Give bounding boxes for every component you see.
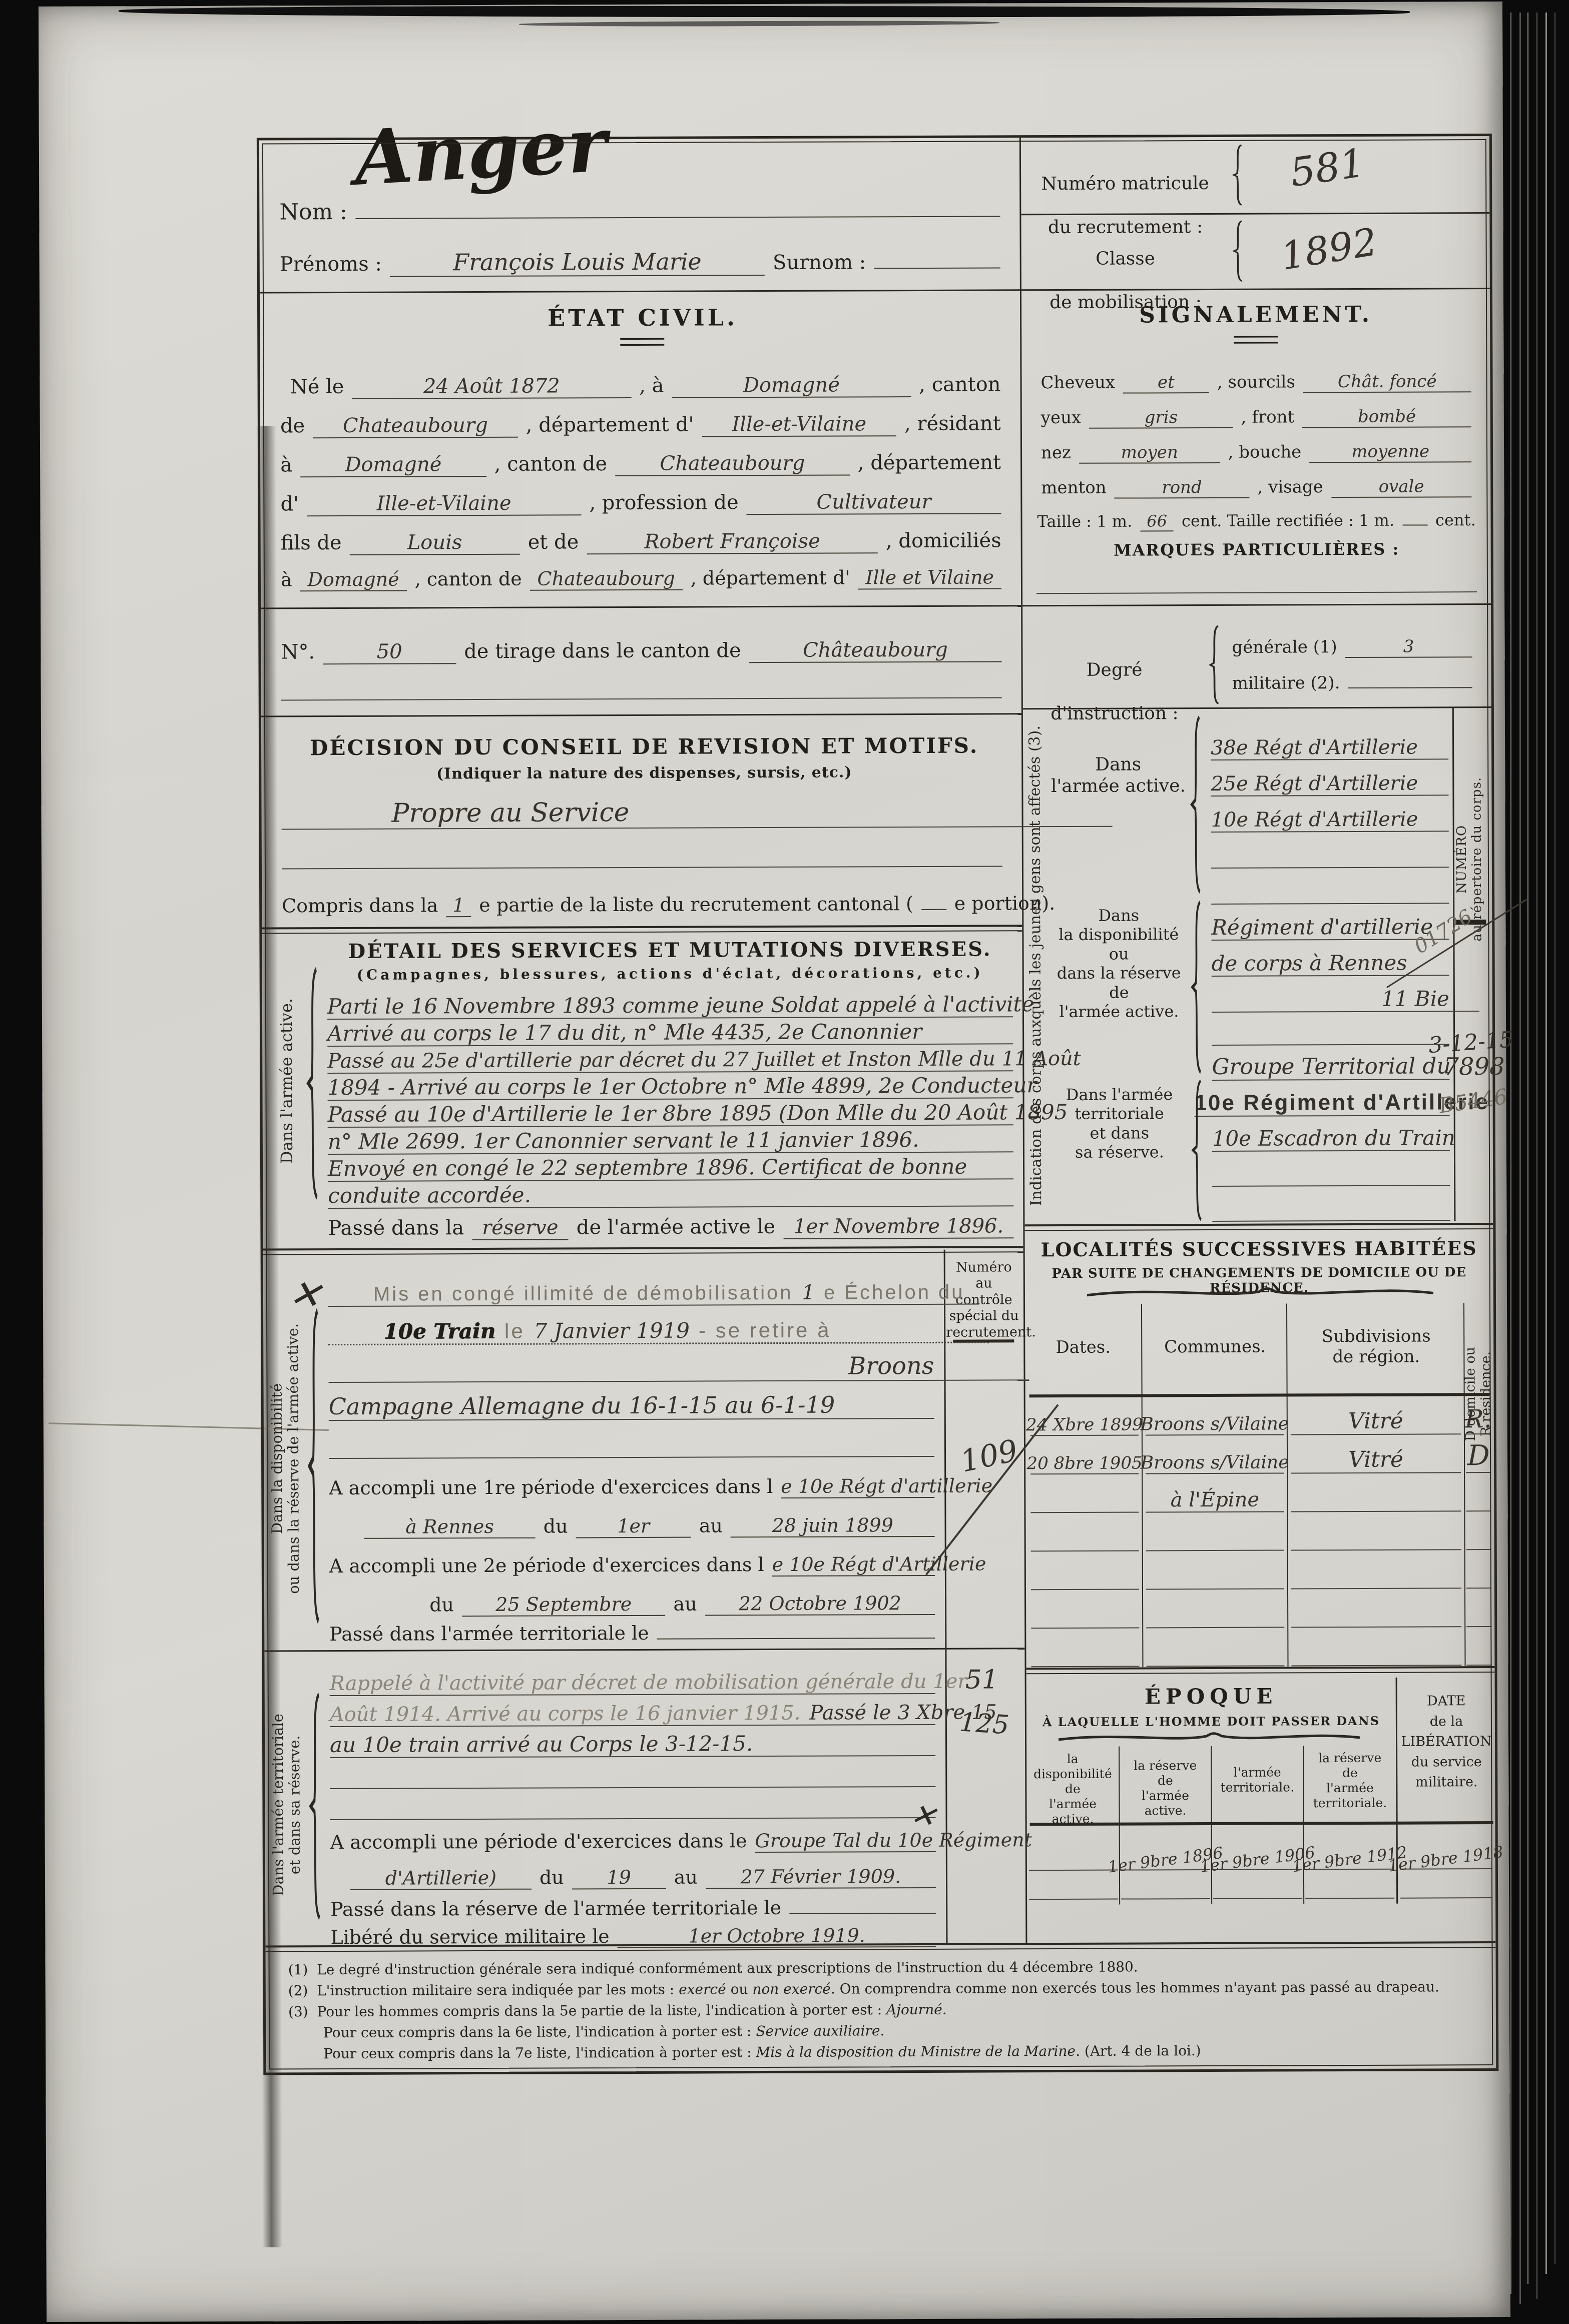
printed-text: . bbox=[942, 1999, 947, 2020]
printed-text: au bbox=[699, 1514, 723, 1536]
handwritten-entry: 10e Régt d'Artillerie bbox=[1211, 808, 1418, 832]
surname-value-large: Anger bbox=[352, 101, 609, 203]
firstnames-field: Prénoms : François Louis Marie Surnom : bbox=[280, 247, 1000, 277]
paper-sheet: 3-12-15 Nom : Anger Prénoms : François L… bbox=[39, 2, 1510, 2322]
scan-smear bbox=[519, 20, 999, 27]
etat-civil-line5: fils deLouiset deRobert Françoise, domic… bbox=[281, 529, 1001, 555]
classe-label-line1: Classe bbox=[1096, 249, 1155, 269]
table-cell-empty bbox=[1291, 1550, 1461, 1589]
corps-vertical-caption: Indication des corps auxquels les jeunes… bbox=[1026, 720, 1049, 1211]
column-header-dates: Dates. bbox=[1025, 1337, 1141, 1358]
subdivision-value: Vitré bbox=[1348, 1447, 1403, 1472]
empty-rule bbox=[281, 667, 1002, 700]
service-line-4: 1894 - Arrivé au corps le 1er Octobre n°… bbox=[327, 1070, 1013, 1101]
printed-text: A accompli une 1re période d'exercices d… bbox=[329, 1475, 773, 1499]
title-rule bbox=[620, 338, 664, 346]
sidebar-label-disponibilite: Dans la disponibilité ou dans la réserve… bbox=[268, 1288, 304, 1629]
controle-number-1: 109 bbox=[957, 1433, 1021, 1479]
handwritten-text: Passé le 3 Xbre 15 bbox=[809, 1701, 996, 1724]
printed-text: , front bbox=[1241, 407, 1295, 427]
printed-text: du bbox=[540, 1866, 564, 1888]
printed-text: nez bbox=[1041, 443, 1071, 463]
printed-text: , département d' bbox=[691, 566, 850, 589]
sidebar-label-territoriale: Dans l'armée territoriale et dans sa rés… bbox=[270, 1687, 306, 1922]
handwritten-text: Chateaubourg bbox=[313, 414, 518, 438]
printed-text: N°. bbox=[281, 640, 315, 663]
handwritten-text: gris bbox=[1089, 407, 1233, 429]
passe-reserve-line: Passé dans laréservede l'armée active le… bbox=[328, 1214, 1013, 1241]
printed-text: cent. Taille rectifiée : 1 m. bbox=[1182, 511, 1394, 530]
epoque-subtitle: À LAQUELLE L'HOMME DOIT PASSER DANS bbox=[1026, 1714, 1396, 1730]
periode2-line-b: du25 Septembreau22 Octobre 1902 bbox=[429, 1592, 935, 1617]
handwritten-text: à Rennes bbox=[364, 1515, 535, 1539]
table-cell-empty bbox=[1291, 1627, 1461, 1666]
name-label: Nom : bbox=[279, 199, 347, 225]
table-cell: Broons s/Vilaine bbox=[1146, 1435, 1284, 1474]
column-header-communes: Communes. bbox=[1144, 1336, 1286, 1357]
name-rule bbox=[355, 216, 1000, 219]
handwritten-text: Châteaubourg bbox=[749, 638, 1001, 663]
epoque-value-cell bbox=[1029, 1828, 1118, 1871]
table-cell-empty bbox=[1146, 1512, 1284, 1551]
subdivisions-column: Vitré Vitré bbox=[1291, 1396, 1462, 1666]
dates-column: 24 Xbre 1899 20 8bre 1905 bbox=[1030, 1397, 1140, 1667]
empty-rule bbox=[1036, 571, 1477, 594]
printed-text: fils de bbox=[281, 531, 342, 554]
etat-civil-line2: deChateaubourg, département d'Ille-et-Vi… bbox=[280, 412, 1001, 438]
epoque-col3-header: l'armée territoriale. bbox=[1212, 1765, 1303, 1795]
blank-rule bbox=[789, 1913, 936, 1914]
printed-text: , canton de bbox=[494, 452, 608, 476]
table-cell: 24 Xbre 1899 bbox=[1030, 1397, 1139, 1436]
corps-line: Groupe Territorial du bbox=[1212, 1044, 1449, 1081]
subdivision-value: Vitré bbox=[1348, 1408, 1403, 1434]
etat-civil-line1: Né le24 Août 1872, àDomagné, canton bbox=[290, 373, 1001, 399]
epoque-value-cell: 1er 9bre 1918 bbox=[1400, 1826, 1491, 1870]
conge-stamp-line: Mis en congé illimité de démobilisation1… bbox=[328, 1267, 979, 1307]
table-cell-empty bbox=[1146, 1589, 1284, 1628]
section-divider bbox=[261, 605, 1021, 609]
printed-text: , résidant bbox=[904, 412, 1001, 435]
rappel-line-2: Août 1914. Arrivé au corps le 16 janvier… bbox=[330, 1693, 935, 1727]
brace-decoration bbox=[1230, 144, 1243, 206]
conseil-title: DÉCISION DU CONSEIL DE REVISION ET MOTIF… bbox=[276, 733, 1012, 760]
epoque-table: ÉPOQUE À LAQUELLE L'HOMME DOIT PASSER DA… bbox=[1026, 1671, 1496, 1909]
handwritten-text: 50 bbox=[323, 640, 456, 664]
page-stack-edge bbox=[1510, 13, 1511, 2294]
page-stack-edge bbox=[1554, 13, 1555, 2264]
printed-text: Pour ceux compris dans la 7e liste, l'in… bbox=[323, 2042, 756, 2064]
periode2-line-a: A accompli une 2e période d'exercices da… bbox=[329, 1553, 935, 1578]
printed-text: non exercé bbox=[752, 1979, 831, 2000]
handwritten-entry: Parti le 16 Novembre 1893 comme jeune So… bbox=[327, 992, 1034, 1019]
handwritten-entry: 1894 - Arrivé au corps le 1er Octobre n°… bbox=[327, 1073, 1036, 1100]
table-cell-empty bbox=[1030, 1512, 1139, 1552]
printed-text: , à bbox=[639, 374, 664, 397]
corps-line: 10e Régt d'Artillerie bbox=[1211, 795, 1448, 833]
corps-line: 38e Régt d'Artillerie bbox=[1211, 721, 1448, 760]
table-cell bbox=[1030, 1474, 1139, 1513]
page-stack-edge bbox=[1519, 13, 1521, 2304]
handwritten-text: 7 Janvier 1919 bbox=[534, 1318, 690, 1343]
handwritten-text: rond bbox=[1115, 477, 1250, 499]
handwritten-text: 1er bbox=[576, 1515, 691, 1538]
corps-line: 10e Escadron du Train bbox=[1212, 1115, 1450, 1152]
classe-value: 1892 bbox=[1278, 219, 1380, 279]
printed-text: Né le bbox=[290, 375, 344, 398]
footnote-2: (2) L'instruction militaire sera indiqué… bbox=[288, 1976, 1479, 2001]
table-cell-empty bbox=[1146, 1628, 1284, 1667]
handwritten-text: 27 Février 1909. bbox=[706, 1865, 936, 1889]
table-cell-empty bbox=[1291, 1511, 1461, 1551]
date-value: 24 Xbre 1899 bbox=[1026, 1414, 1143, 1435]
corps-line: 25e Régt d'Artillerie bbox=[1211, 758, 1448, 797]
empty-rule bbox=[330, 1755, 935, 1789]
etat-civil-line6: àDomagné, canton deChateaubourg, départe… bbox=[281, 566, 1001, 591]
commune-value: Broons s/Vilaine bbox=[1141, 1452, 1289, 1473]
section-divider bbox=[261, 713, 1021, 717]
epoque-col2-header: la réserve de l'armée active. bbox=[1120, 1758, 1211, 1819]
table-cell-empty bbox=[1031, 1628, 1139, 1667]
empty-rule bbox=[1211, 831, 1449, 869]
handwritten-text: Août 1914. Arrivé au corps le 16 janvier… bbox=[330, 1702, 801, 1726]
printed-text: (3) Pour les hommes compris dans la 5e p… bbox=[288, 1999, 886, 2022]
footnote-5: Pour ceux compris dans la 7e liste, l'in… bbox=[288, 2039, 1479, 2064]
printed-text: , sourcils bbox=[1217, 372, 1295, 392]
table-cell-empty bbox=[1466, 1473, 1491, 1511]
table-column-divider bbox=[1141, 1304, 1144, 1667]
handwritten-text: Chateaubourg bbox=[615, 451, 850, 476]
printed-text: au bbox=[674, 1866, 698, 1888]
handwritten-text: 28 juin 1899 bbox=[731, 1514, 935, 1537]
firstnames-label: Prénoms : bbox=[280, 253, 382, 276]
handwritten-text: e 10e Régt d'artillerie bbox=[781, 1475, 934, 1498]
passe-territoriale-line: Passé dans l'armée territoriale le bbox=[329, 1621, 935, 1645]
printed-text: d' bbox=[280, 492, 299, 515]
rappel-line-3: au 10e train arrivé au Corps le 3-12-15. bbox=[330, 1724, 935, 1758]
service-line-8: conduite accordée. bbox=[328, 1178, 1013, 1209]
table-cell-empty bbox=[1031, 1590, 1139, 1629]
handwritten-entry: 38e Régt d'Artillerie bbox=[1211, 736, 1418, 759]
handwritten-entry: 25e Régt d'Artillerie bbox=[1211, 772, 1418, 796]
handwritten-text: Louis bbox=[350, 531, 520, 555]
tirage-line: N°.50de tirage dans le canton deChâteaub… bbox=[281, 638, 1001, 664]
brace-decoration bbox=[1230, 220, 1243, 282]
handwritten-text: d'Artillerie) bbox=[350, 1867, 532, 1890]
printed-text: A accompli une 2e période d'exercices da… bbox=[329, 1554, 764, 1577]
page-stack-edge bbox=[1545, 13, 1547, 2274]
handwritten-text: 22 Octobre 1902 bbox=[705, 1592, 935, 1616]
date-value: 20 8bre 1905 bbox=[1026, 1453, 1142, 1473]
column-header-subdivisions: Subdivisions de région. bbox=[1289, 1326, 1463, 1367]
printed-text: de bbox=[280, 414, 305, 437]
degre-label-line1: Degré bbox=[1087, 660, 1143, 680]
swash-ornament bbox=[1057, 1730, 1362, 1744]
section-divider bbox=[264, 1648, 1024, 1652]
brace-decoration bbox=[305, 1306, 320, 1626]
stamped-text: le bbox=[504, 1319, 525, 1343]
printed-text: militaire (2). bbox=[1232, 673, 1340, 693]
handwritten-text: Domagné bbox=[672, 373, 911, 398]
printed-text: Compris dans la bbox=[282, 894, 438, 917]
epoque-col4-header: la réserve de l'armée territoriale. bbox=[1304, 1751, 1396, 1811]
printed-text: Passé dans la réserve de l'armée territo… bbox=[330, 1897, 781, 1920]
commune-value: Broons s/Vilaine bbox=[1140, 1413, 1289, 1434]
dr-value: R. bbox=[1465, 1404, 1492, 1433]
printed-text: , département d' bbox=[526, 413, 694, 437]
scan-smear bbox=[119, 6, 1410, 18]
handwritten-entry: Groupe Territorial du bbox=[1212, 1053, 1451, 1080]
table-cell: Vitré bbox=[1291, 1396, 1461, 1435]
service-line-1: Parti le 16 Novembre 1893 comme jeune So… bbox=[327, 966, 1013, 1020]
epoque-empty-row bbox=[1029, 1868, 1493, 1900]
table-cell: R. bbox=[1466, 1396, 1491, 1434]
printed-text: exercé bbox=[679, 1979, 726, 2000]
blank-rule bbox=[921, 909, 946, 910]
blank-rule bbox=[657, 1638, 935, 1640]
handwritten-text: Robert Françoise bbox=[587, 529, 878, 554]
nickname-rule bbox=[874, 267, 1000, 269]
conseil-subtitle: (Indiquer la nature des dispenses, sursi… bbox=[276, 763, 1012, 783]
empty-rule bbox=[1212, 1185, 1450, 1222]
passe-reserve-terr-line: Passé dans la réserve de l'armée territo… bbox=[330, 1896, 936, 1920]
table-cell: Vitré bbox=[1291, 1434, 1461, 1473]
epoque-col1-header: la disponibilité de l'armée active. bbox=[1026, 1752, 1119, 1827]
printed-text: et de bbox=[528, 530, 579, 553]
handwritten-text: Domagné bbox=[300, 453, 486, 477]
handwritten-entry: Envoyé en congé le 22 septembre 1896. Ce… bbox=[328, 1154, 967, 1181]
header-divider bbox=[260, 288, 1490, 294]
handwritten-text: 10e Train bbox=[383, 1319, 495, 1344]
table-cell: Broons s/Vilaine bbox=[1146, 1396, 1284, 1435]
handwritten-text: Chateaubourg bbox=[530, 567, 683, 591]
handwritten-entry: conduite accordée. bbox=[328, 1183, 531, 1208]
handwritten-entry: Passé au 25e d'artillerie par décret du … bbox=[327, 1047, 1081, 1073]
degre-militaire-line: militaire (2). bbox=[1232, 672, 1472, 693]
printed-text: , profession de bbox=[589, 491, 739, 514]
empty-rule bbox=[1211, 867, 1449, 905]
classe-label: Classe de mobilisation : bbox=[1035, 226, 1216, 313]
handwritten-text: 1er Novembre 1896. bbox=[783, 1214, 1013, 1239]
group-label-armee-active: Dans l'armée active. bbox=[1051, 753, 1186, 797]
signalement-line1: Cheveuxet, sourcilsChât. foncé bbox=[1040, 371, 1471, 394]
commune-value: à l'Épine bbox=[1171, 1488, 1260, 1512]
handwritten-text: réserve bbox=[472, 1216, 569, 1240]
handwritten-text: bombé bbox=[1302, 406, 1471, 428]
sidebar-label-armee-active: Dans l'armée active. bbox=[277, 961, 298, 1201]
handwritten-text: Domagné bbox=[300, 568, 407, 592]
detail-title: DÉTAIL DES SERVICES ET MUTATIONS DIVERSE… bbox=[327, 937, 1012, 963]
service-line-7: Envoyé en congé le 22 septembre 1896. Ce… bbox=[328, 1151, 1013, 1182]
table-cell-empty bbox=[1466, 1589, 1491, 1627]
numero-vertical-caption: NUMÉRO au répertoire du corps. bbox=[1454, 721, 1488, 997]
printed-text: Cheveux bbox=[1040, 373, 1115, 393]
printed-text: (2) L'instruction militaire sera indiqué… bbox=[288, 1979, 679, 2002]
signalement-line3: nezmoyen, bouchemoyenne bbox=[1041, 441, 1471, 464]
table-cell-empty bbox=[1031, 1551, 1139, 1590]
printed-text: , bouche bbox=[1228, 442, 1302, 462]
handwritten-text: Ille-et-Vilaine bbox=[702, 412, 896, 437]
signalement-title: SIGNALEMENT. bbox=[1021, 301, 1490, 328]
signalement-taille-line: Taille : 1 m.66cent. Taille rectifiée : … bbox=[1037, 510, 1475, 532]
printed-text: de tirage dans le canton de bbox=[464, 639, 741, 663]
matricule-label: Numéro matricule du recrutement : bbox=[1035, 151, 1216, 238]
brace-decoration bbox=[1207, 625, 1220, 705]
conge-unit-line: 10e Trainle7 Janvier 1919- se retire à bbox=[328, 1304, 989, 1346]
table-cell: 20 8bre 1905 bbox=[1030, 1435, 1139, 1474]
printed-text: , canton bbox=[919, 373, 1001, 396]
name-field: Nom : bbox=[279, 197, 1000, 225]
printed-text: e partie de la liste du recrutement cant… bbox=[479, 893, 913, 916]
handwritten-text: Groupe Tal du 10e Régiment bbox=[755, 1829, 936, 1853]
handwritten-entry: Passé au 10e d'Artillerie le 1er 8bre 18… bbox=[328, 1100, 1068, 1127]
handwritten-text: au 10e train arrivé au Corps le 3-12-15. bbox=[330, 1731, 753, 1757]
blank-rule bbox=[1348, 687, 1472, 688]
etat-civil-title: ÉTAT CIVIL. bbox=[275, 303, 1010, 332]
footnotes: (1) Le degré d'instruction générale sera… bbox=[288, 1955, 1480, 2064]
repertoire-number: 7898 bbox=[1443, 1053, 1504, 1081]
printed-text: à bbox=[281, 568, 292, 590]
handwritten-text: moyenne bbox=[1309, 441, 1471, 463]
handwritten-text: 1 bbox=[802, 1281, 815, 1304]
epoque-value-cell: 1er 9bre 1912 bbox=[1305, 1827, 1394, 1870]
handwritten-text: Rappelé à l'activité par décret de mobil… bbox=[330, 1670, 967, 1695]
dr-value: D bbox=[1467, 1439, 1489, 1472]
table-cell-empty bbox=[1146, 1551, 1284, 1590]
handwritten-text: 24 Août 1872 bbox=[352, 374, 631, 399]
handwritten-text: ovale bbox=[1331, 476, 1472, 498]
swash-ornament bbox=[1085, 1284, 1435, 1300]
printed-text: , département bbox=[858, 451, 1001, 474]
periode-terr-line-a: A accompli une période d'exercices dans … bbox=[330, 1829, 936, 1854]
handwritten-text: 25 Septembre bbox=[462, 1593, 666, 1617]
printed-text: A accompli une période d'exercices dans … bbox=[330, 1830, 747, 1853]
handwritten-text: moyen bbox=[1079, 442, 1220, 464]
service-line-2: Arrivé au corps le 17 du dit, n° Mle 443… bbox=[327, 1016, 1013, 1047]
handwritten-text: 3 bbox=[1345, 636, 1472, 658]
printed-text: Mis à la disposition du Ministre de la M… bbox=[756, 2041, 1076, 2063]
group-label-territoriale: Dans l'armée territoriale et dans sa rés… bbox=[1052, 1085, 1187, 1162]
handwritten-text: Cultivateur bbox=[747, 490, 1001, 515]
periode1-line-a: A accompli une 1re période d'exercices d… bbox=[329, 1475, 934, 1500]
handwritten-text: et bbox=[1123, 372, 1209, 394]
empty-rule bbox=[1212, 1150, 1450, 1187]
empty-rule bbox=[282, 836, 1002, 869]
printed-text: Pour ceux compris dans la 6e liste, l'in… bbox=[323, 2021, 756, 2043]
title-rule bbox=[1234, 336, 1278, 343]
table-cell-empty bbox=[1466, 1627, 1491, 1666]
table-column-divider bbox=[1286, 1303, 1289, 1667]
printed-text: . bbox=[880, 2020, 884, 2041]
empty-rule bbox=[1212, 1011, 1449, 1046]
handwritten-entry: de corps à Rennes bbox=[1212, 951, 1407, 976]
printed-text: au bbox=[673, 1593, 697, 1615]
printed-text: , canton de bbox=[415, 568, 522, 590]
handwritten-text: Ille et Vilaine bbox=[858, 566, 1001, 589]
conseil-decision-line: Propre au Service bbox=[281, 788, 1112, 830]
printed-text: Ajourné bbox=[886, 1999, 942, 2020]
handwritten-entry: 11 Bie bbox=[1381, 986, 1449, 1011]
corps-section: Indication des corps auxquels les jeunes… bbox=[1023, 707, 1493, 1223]
corps-line: Régiment d'artillerie bbox=[1211, 903, 1449, 941]
table-cell: D bbox=[1466, 1434, 1491, 1473]
epoque-title: ÉPOQUE bbox=[1026, 1684, 1396, 1710]
printed-text: du bbox=[544, 1515, 568, 1537]
printed-text: à bbox=[280, 453, 292, 476]
printed-text: Taille : 1 m. bbox=[1037, 511, 1132, 531]
printed-text: Service auxiliaire bbox=[756, 2020, 880, 2042]
handwritten-entry: 10e Escadron du Train bbox=[1212, 1125, 1455, 1151]
empty-rule bbox=[330, 1786, 935, 1820]
localites-table: LOCALITÉS SUCCESSIVES HABITÉES PAR SUITE… bbox=[1024, 1228, 1494, 1668]
printed-text: , visage bbox=[1257, 477, 1323, 497]
corps-stamp-line: 10e Régiment d'Artillerie bbox=[1194, 1079, 1449, 1117]
epoque-value-cell: 1er 9bre 1896 bbox=[1121, 1827, 1210, 1871]
signalement-line4: mentonrond, visageovale bbox=[1041, 476, 1471, 499]
degre-generale-line: générale (1)3 bbox=[1232, 636, 1472, 658]
table-cell-empty bbox=[1466, 1550, 1491, 1589]
compris-line: Compris dans la1e partie de la liste du … bbox=[282, 892, 1002, 918]
empty-rule bbox=[329, 1418, 934, 1459]
right-divider bbox=[1022, 603, 1491, 606]
handwritten-text: 19 bbox=[572, 1866, 666, 1890]
blank-rule bbox=[1402, 524, 1427, 525]
printed-text: yeux bbox=[1041, 408, 1082, 428]
service-line-6: n° Mle 2699. 1er Canonnier servant le 11… bbox=[328, 1124, 1013, 1155]
epoque-value-cell: 1er 9bre 1906 bbox=[1213, 1827, 1302, 1870]
printed-text: de l'armée active le bbox=[577, 1215, 775, 1239]
printed-text: . (Art. 4 de la loi.) bbox=[1076, 2040, 1201, 2062]
communes-column: Broons s/Vilaine Broons s/Vilaine à l'Ép… bbox=[1146, 1396, 1285, 1667]
handwritten-text: e 10e Régt d'Artillerie bbox=[772, 1553, 935, 1577]
handwritten-entry: Régiment d'artillerie bbox=[1211, 914, 1433, 940]
stamped-text: - se retire à bbox=[699, 1318, 831, 1343]
firstnames-value: François Louis Marie bbox=[390, 248, 765, 277]
page-stack-edge bbox=[1527, 13, 1528, 2284]
service-line-5: Passé au 10e d'Artillerie le 1er 8bre 18… bbox=[328, 1097, 1013, 1128]
stamped-text: e Échelon du bbox=[824, 1281, 965, 1304]
liberation-date-header: DATE de la LIBÉRATION du service militai… bbox=[1398, 1691, 1495, 1793]
stamped-text: Mis en congé illimité de démobilisation bbox=[373, 1282, 793, 1306]
signalement-line2: yeuxgris, frontbombé bbox=[1041, 406, 1471, 429]
handwritten-text: 66 bbox=[1140, 511, 1174, 531]
corps-line: 11 Bie bbox=[1212, 975, 1479, 1013]
printed-text: du bbox=[429, 1594, 454, 1616]
heavy-divider bbox=[263, 1246, 1023, 1255]
handwritten-text: 1 bbox=[446, 894, 471, 917]
controle-number-2: 51 bbox=[965, 1665, 998, 1695]
periode-terr-line-b: d'Artillerie)du19au27 Février 1909. bbox=[350, 1865, 936, 1890]
retire-location-value: Broons bbox=[848, 1352, 934, 1380]
domicile-residence-column: R. D bbox=[1466, 1396, 1492, 1666]
matricule-label-line1: Numéro matricule bbox=[1041, 173, 1209, 194]
rappel-line-1: Rappelé à l'activité par décret de mobil… bbox=[329, 1659, 935, 1696]
printed-text: (1) Le degré d'instruction générale sera… bbox=[288, 1956, 1138, 1980]
handwritten-text: Chât. foncé bbox=[1303, 371, 1471, 393]
brace-decoration bbox=[304, 966, 319, 1201]
brace-decoration bbox=[1189, 900, 1202, 1075]
printed-text: menton bbox=[1041, 478, 1106, 498]
brace-decoration bbox=[1188, 714, 1202, 895]
brace-decoration bbox=[307, 1691, 322, 1921]
nickname-label: Surnom : bbox=[773, 251, 866, 274]
printed-text: Passé dans la bbox=[328, 1216, 464, 1240]
matricule-value: 581 bbox=[1287, 141, 1367, 196]
printed-text: , domiciliés bbox=[886, 529, 1001, 552]
printed-text: Passé dans l'armée territoriale le bbox=[329, 1622, 649, 1645]
marques-label: MARQUES PARTICULIÈRES : bbox=[1022, 539, 1491, 560]
page-stack-edge bbox=[1536, 13, 1537, 2299]
